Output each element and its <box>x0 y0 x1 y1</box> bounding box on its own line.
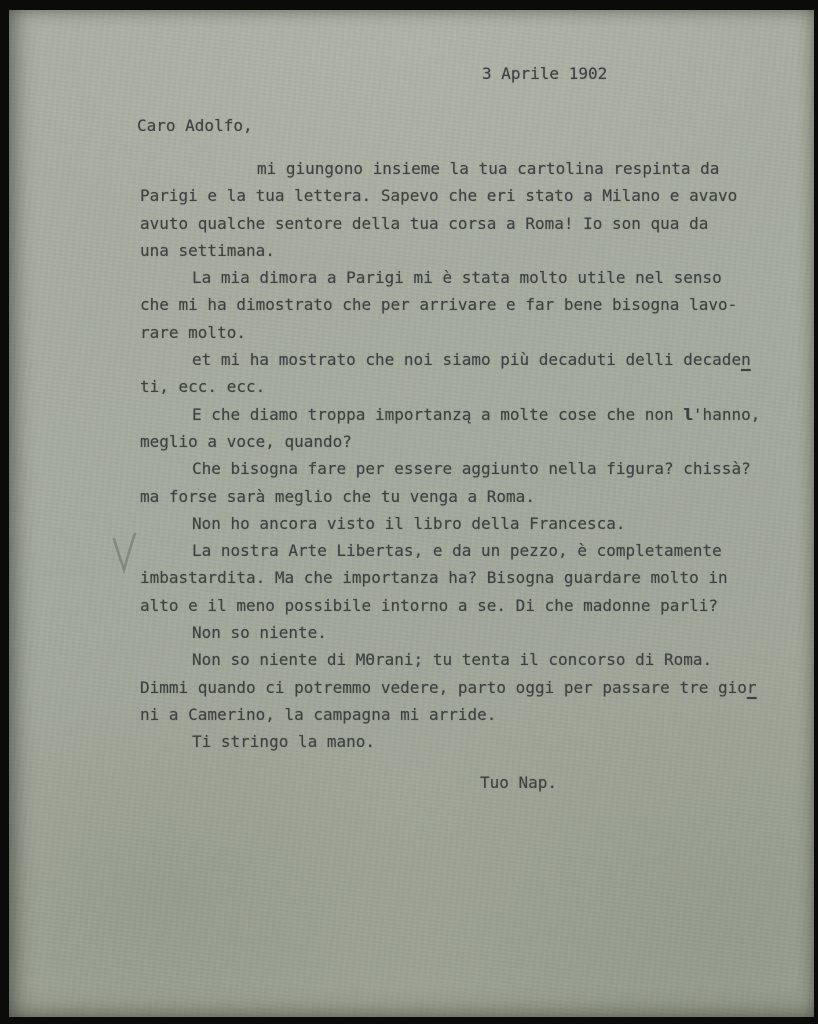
letter-line: E che diamo troppa importanzą a molte co… <box>140 401 784 428</box>
letter-line: alto e il meno possibile intorno a se. D… <box>140 592 784 619</box>
letter-body: mi giungono insieme la tua cartolina res… <box>140 155 784 756</box>
letter-line: Dimmi quando ci potremmo vedere, parto o… <box>140 674 784 701</box>
scanned-letter: 3 Aprile 1902 Caro Adolfo, mi giungono i… <box>0 0 818 1024</box>
letter-line: Parigi e la tua lettera. Sapevo che eri … <box>140 182 784 209</box>
letter-line: mi giungono insieme la tua cartolina res… <box>140 155 784 182</box>
letter-signature: Tuo Nap. <box>480 773 557 792</box>
letter-line: avuto qualche sentore della tua corsa a … <box>140 210 784 237</box>
letter-line: La mia dimora a Parigi mi è stata molto … <box>140 264 784 291</box>
letter-line: La nostra Arte Libertas, e da un pezzo, … <box>140 537 784 564</box>
letter-line: ma forse sarà meglio che tu venga a Roma… <box>140 483 784 510</box>
letter-line: ti, ecc. ecc. <box>140 373 784 400</box>
letter-line: Che bisogna fare per essere aggiunto nel… <box>140 455 784 482</box>
letter-paper: 3 Aprile 1902 Caro Adolfo, mi giungono i… <box>9 10 814 1017</box>
letter-line: rare molto. <box>140 319 784 346</box>
pencil-checkmark-icon <box>110 531 142 577</box>
letter-date: 3 Aprile 1902 <box>482 64 607 83</box>
letter-line: et mi ha mostrato che noi siamo più deca… <box>140 346 784 373</box>
letter-line: Non so niente. <box>140 619 784 646</box>
letter-line: che mi ha dimostrato che per arrivare e … <box>140 291 784 318</box>
letter-line: meglio a voce, quando? <box>140 428 784 455</box>
letter-salutation: Caro Adolfo, <box>137 116 253 135</box>
letter-line: ni a Camerino, la campagna mi arride. <box>140 701 784 728</box>
letter-line: Non so niente di MΘrani; tu tenta il con… <box>140 646 784 673</box>
letter-line: Ti stringo la mano. <box>140 728 784 755</box>
letter-line: Non ho ancora visto il libro della Franc… <box>140 510 784 537</box>
letter-line: imbastardita. Ma che importanza ha? Biso… <box>140 564 784 591</box>
letter-line: una settimana. <box>140 237 784 264</box>
